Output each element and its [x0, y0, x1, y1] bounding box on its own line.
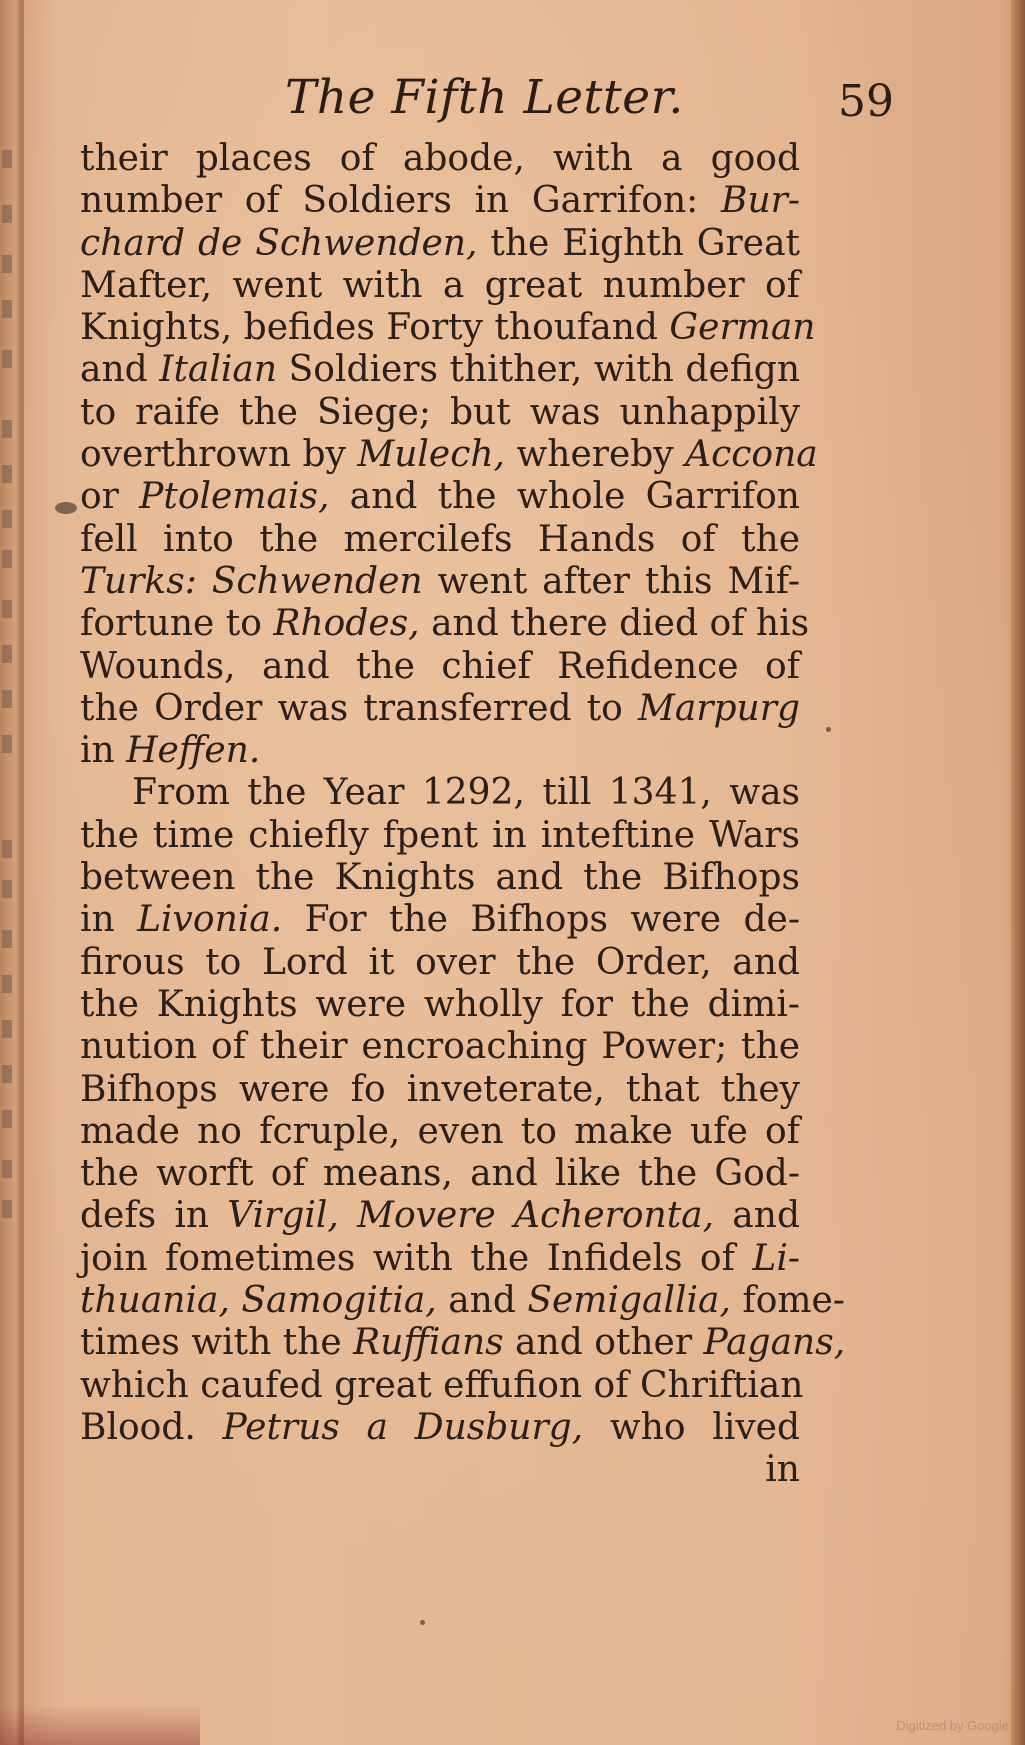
text-run: Knights, befides Forty thoufand	[80, 307, 669, 348]
watermark: Digitized by Google	[896, 1718, 1009, 1733]
text-run: overthrown by	[80, 434, 357, 475]
text-run: whereby	[505, 434, 685, 475]
text-line: Wounds, and the chief Refidence of	[80, 646, 800, 688]
text-line: made no fcruple, even to make ufe of	[80, 1111, 800, 1153]
ink-blot	[55, 502, 77, 514]
italic-text: Italian	[159, 349, 277, 390]
text-run: join fometimes with the Infidels of	[80, 1238, 752, 1279]
text-run: in	[80, 899, 137, 940]
text-run: Mafter, went with a great number of	[80, 265, 800, 306]
text-run: and other	[504, 1322, 704, 1363]
italic-text: Petrus a Dusburg,	[223, 1407, 584, 1448]
text-run: fell into the mercilefs Hands of the	[80, 519, 800, 560]
text-run: Bifhops were fo inveterate, that they	[80, 1069, 800, 1110]
text-line: which caufed great effufion of Chriftian	[80, 1365, 800, 1407]
text-line: overthrown by Mulech, whereby Accona	[80, 434, 800, 476]
text-run: or	[80, 476, 139, 517]
facing-page-edge	[0, 0, 24, 1745]
text-run	[339, 1195, 357, 1236]
text-run: between the Knights and the Bifhops	[80, 857, 800, 898]
text-line: between the Knights and the Bifhops	[80, 857, 800, 899]
text-run: defs in	[80, 1195, 227, 1236]
text-line: nution of their encroaching Power; the	[80, 1026, 800, 1068]
text-line: defs in Virgil, Movere Acheronta, and	[80, 1195, 800, 1237]
italic-text: Semigallia,	[527, 1280, 731, 1321]
italic-text: Livonia.	[137, 899, 282, 940]
text-line: Bifhops were fo inveterate, that they	[80, 1069, 800, 1111]
text-line: number of Soldiers in Garrifon: Bur-	[80, 180, 800, 222]
text-line: to raife the Siege; but was unhappily	[80, 392, 800, 434]
text-run: fome-	[731, 1280, 845, 1321]
text-line: and Italian Soldiers thither, with defig…	[80, 349, 800, 391]
italic-text: Heffen.	[126, 730, 260, 771]
text-run: the Eighth Great	[478, 223, 801, 264]
text-run: to raife the Siege; but was unhappily	[80, 392, 800, 433]
italic-text: Rhodes,	[273, 603, 419, 644]
text-line: fortune to Rhodes, and there died of his	[80, 603, 800, 645]
italic-text: Schwenden	[212, 561, 423, 602]
text-run: in	[80, 730, 126, 771]
text-run: fortune to	[80, 603, 273, 644]
italic-text: Ptolemais,	[139, 476, 329, 517]
text-line: or Ptolemais, and the whole Garrifon	[80, 476, 800, 518]
text-run: the worft of means, and like the God-	[80, 1153, 800, 1194]
text-run: and	[714, 1195, 800, 1236]
page-header: The Fifth Letter. 59	[0, 70, 1025, 140]
paper-speck	[420, 1620, 425, 1625]
italic-text: Mulech,	[357, 434, 505, 475]
text-run: their places of abode, with a good	[80, 138, 800, 179]
text-line: firous to Lord it over the Order, and	[80, 942, 800, 984]
text-run: the Order was transferred to	[80, 688, 638, 729]
text-run: nution of their encroaching Power; the	[80, 1026, 800, 1067]
body-text: their places of abode, with a goodnumber…	[80, 138, 800, 1492]
text-run: times with the	[80, 1322, 353, 1363]
paper-speck	[826, 727, 831, 732]
text-line: the worft of means, and like the God-	[80, 1153, 800, 1195]
text-run: made no fcruple, even to make ufe of	[80, 1111, 800, 1152]
text-line: join fometimes with the Infidels of Li-	[80, 1238, 800, 1280]
italic-text: Pagans,	[703, 1322, 845, 1363]
text-line: the Order was transferred to Marpurg	[80, 688, 800, 730]
text-run: who lived	[583, 1407, 800, 1448]
italic-text: Samogitia,	[241, 1280, 436, 1321]
text-line: in Livonia. For the Bifhops were de-	[80, 899, 800, 941]
text-run: firous to Lord it over the Order, and	[80, 942, 800, 983]
text-line: fell into the mercilefs Hands of the	[80, 519, 800, 561]
italic-text: chard de Schwenden,	[80, 223, 478, 264]
text-run: went after this Mif-	[423, 561, 800, 602]
page-edge-right	[1011, 0, 1025, 1745]
italic-text: Virgil,	[227, 1195, 339, 1236]
running-title: The Fifth Letter.	[285, 70, 684, 125]
text-line: their places of abode, with a good	[80, 138, 800, 180]
text-run: and the whole Garrifon	[329, 476, 800, 517]
text-line: thuania, Samogitia, and Semigallia, fome…	[80, 1280, 800, 1322]
italic-text: Turks:	[80, 561, 197, 602]
text-run: the time chiefly fpent in inteftine Wars	[80, 815, 800, 856]
text-run: From the Year 1292, till 1341, was	[132, 772, 800, 813]
italic-text: German	[669, 307, 815, 348]
text-line: in Heffen.	[80, 730, 800, 772]
text-run: Blood.	[80, 1407, 223, 1448]
text-line: the time chiefly fpent in inteftine Wars	[80, 815, 800, 857]
italic-text: Movere Acheronta,	[357, 1195, 714, 1236]
text-line: From the Year 1292, till 1341, was	[80, 772, 800, 814]
text-run	[197, 561, 212, 602]
text-run: and	[437, 1280, 528, 1321]
text-run	[230, 1280, 241, 1321]
text-run: Wounds, and the chief Refidence of	[80, 646, 800, 687]
catchword: in	[80, 1449, 800, 1491]
italic-text: Li-	[752, 1238, 800, 1279]
text-run: number of Soldiers in Garrifon:	[80, 180, 721, 221]
text-line: Blood. Petrus a Dusburg, who lived	[80, 1407, 800, 1449]
italic-text: Accona	[685, 434, 818, 475]
italic-text: Marpurg	[638, 688, 800, 729]
text-line: the Knights were wholly for the dimi-	[80, 984, 800, 1026]
book-page: The Fifth Letter. 59 their places of abo…	[0, 0, 1025, 1745]
text-run: For the Bifhops were de-	[282, 899, 800, 940]
text-run: and there died of his	[420, 603, 809, 644]
italic-text: Bur-	[721, 180, 800, 221]
text-run: Soldiers thither, with defign	[277, 349, 800, 390]
text-run: which caufed great effufion of Chriftian	[80, 1365, 803, 1406]
text-line: Mafter, went with a great number of	[80, 265, 800, 307]
text-run: the Knights were wholly for the dimi-	[80, 984, 800, 1025]
text-line: Knights, befides Forty thoufand German	[80, 307, 800, 349]
text-run: and	[80, 349, 159, 390]
page-number: 59	[838, 76, 894, 127]
text-line: Turks: Schwenden went after this Mif-	[80, 561, 800, 603]
italic-text: thuania,	[80, 1280, 230, 1321]
text-line: chard de Schwenden, the Eighth Great	[80, 223, 800, 265]
italic-text: Ruffians	[353, 1322, 503, 1363]
text-line: times with the Ruffians and other Pagans…	[80, 1322, 800, 1364]
binding-shadow	[0, 1705, 200, 1745]
